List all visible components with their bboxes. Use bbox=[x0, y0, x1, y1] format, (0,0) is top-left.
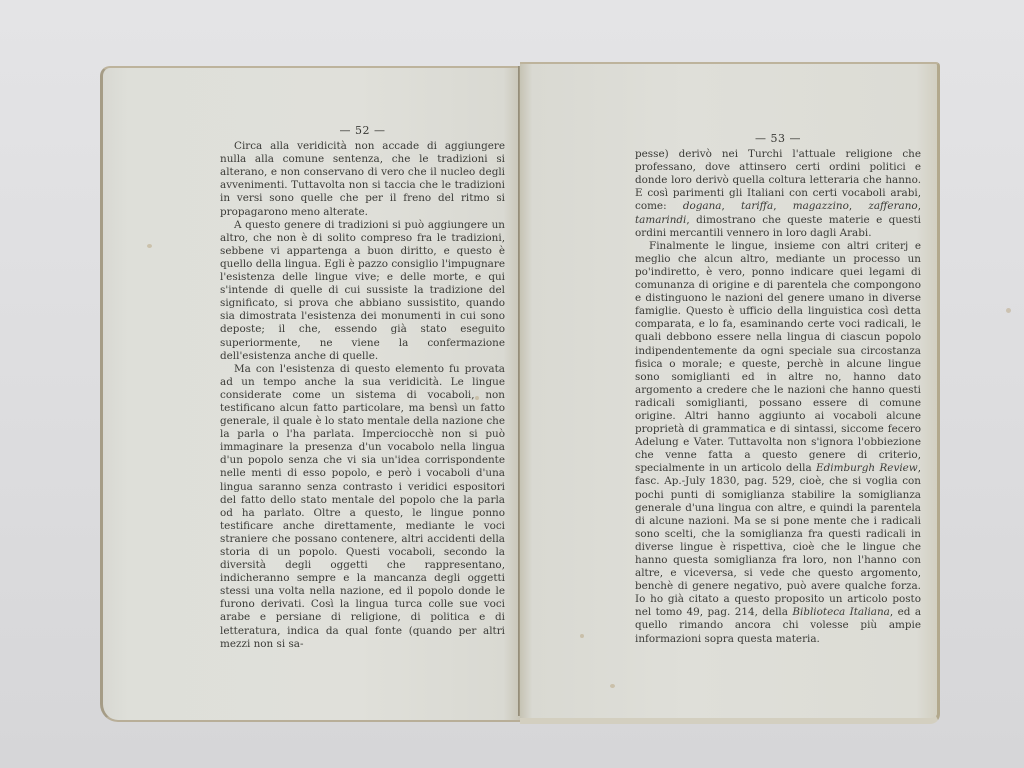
left-page-text: — 52 — Circa alla veridicità non accade … bbox=[220, 124, 505, 651]
right-page-text: — 53 — pesse) derivò nei Turchi l'attual… bbox=[635, 132, 921, 646]
foxing-spot bbox=[475, 396, 479, 400]
right-page: — 53 — pesse) derivò nei Turchi l'attual… bbox=[520, 62, 940, 724]
open-book: — 52 — Circa alla veridicità non accade … bbox=[100, 62, 945, 724]
italic-title: Biblioteca Italiana bbox=[792, 606, 889, 618]
italic-term: magazzino bbox=[793, 200, 849, 212]
page-number-53: — 53 — bbox=[635, 132, 921, 145]
left-page: — 52 — Circa alla veridicità non accade … bbox=[100, 66, 520, 722]
italic-title: Edimburgh Review bbox=[816, 462, 918, 474]
paragraph: Ma con l'esistenza di questo elemento fu… bbox=[220, 363, 505, 651]
italic-term: dogana bbox=[683, 200, 722, 212]
foxing-spot bbox=[580, 634, 584, 638]
paragraph: Circa alla veridicità non accade di aggi… bbox=[220, 140, 505, 219]
foxing-spot bbox=[1006, 308, 1011, 313]
paragraph: pesse) derivò nei Turchi l'attuale relig… bbox=[635, 148, 921, 240]
paragraph: A questo genere di tradizioni si può agg… bbox=[220, 219, 505, 363]
paragraph: Finalmente le lingue, insieme con altri … bbox=[635, 240, 921, 646]
italic-term: tamarindi bbox=[635, 214, 686, 226]
foxing-spot bbox=[610, 684, 615, 688]
foxing-spot bbox=[147, 244, 152, 248]
italic-term: tariffa bbox=[741, 200, 773, 212]
italic-term: zafferano bbox=[868, 200, 917, 212]
page-number-52: — 52 — bbox=[220, 124, 505, 137]
